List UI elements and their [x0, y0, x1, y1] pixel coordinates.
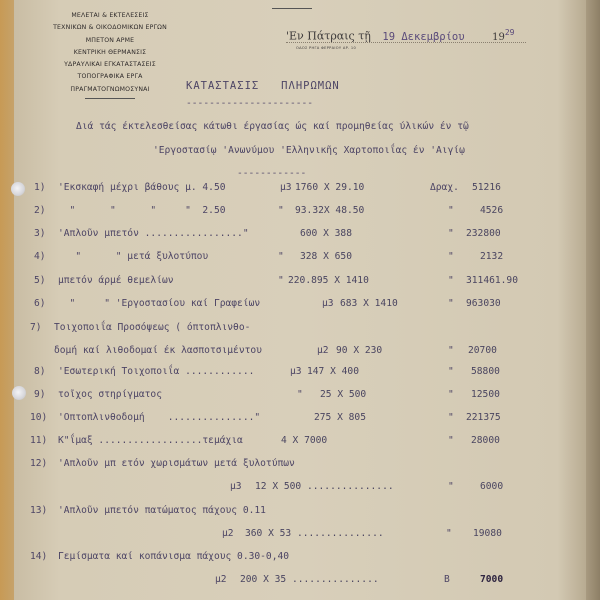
item-description: Τοιχοποιΐα Προσόψεως ( όπτοπλινθο-	[54, 322, 250, 333]
letterhead-line: ΜΕΛΕΤΑΙ & ΕΚΤΕΛΕΣΕΙΣ	[50, 10, 170, 22]
item-amount: 2132	[480, 251, 503, 262]
item-currency: Δραχ.	[430, 182, 459, 193]
dateline-prefix: 'Εν Πάτραις τῇ	[286, 30, 371, 43]
scan-background-left	[0, 0, 14, 600]
item-calculation: 275 X 805	[314, 412, 366, 423]
item-amount: 232800	[466, 228, 501, 239]
item-calculation: 12 X 500 ...............	[255, 481, 394, 492]
dateline-year-suffix: 29	[505, 28, 515, 37]
item-number: 1)	[34, 182, 46, 193]
item-number: 7)	[30, 322, 42, 333]
title-underline: ----------------------	[186, 98, 313, 109]
item-currency: "	[448, 251, 454, 262]
item-description: " " " " 2.50	[58, 205, 226, 216]
item-unit: μ3	[290, 366, 302, 377]
item-calculation: 25 X 500	[320, 389, 366, 400]
item-currency: "	[448, 481, 454, 492]
item-unit: "	[278, 275, 284, 286]
item-currency: "	[448, 412, 454, 423]
item-currency: "	[448, 228, 454, 239]
letterhead-line: ΥΔΡΑΥΛΙΚΑΙ ΕΓΚΑΤΑΣΤΑΣΕΙΣ	[50, 59, 170, 71]
item-amount: 311461.90	[466, 275, 518, 286]
dateline-underline	[286, 42, 526, 43]
item-number: 4)	[34, 251, 46, 262]
scan-background-right	[586, 0, 600, 600]
item-unit: μ3	[280, 182, 292, 193]
item-amount: 963030	[466, 298, 501, 309]
item-description: 'Απλοῦν μπετόν ................."	[58, 228, 249, 239]
item-number: 14)	[30, 551, 47, 562]
item-calculation: 683 X 1410	[340, 298, 398, 309]
item-number: 9)	[34, 389, 46, 400]
item-unit: μ3	[230, 481, 242, 492]
dateline-day-month: 19 Δεκεμβρίου	[382, 31, 464, 43]
item-number: 3)	[34, 228, 46, 239]
item-description: 'Απλοῦν μπετόν πατώματος πάχους 0.11	[58, 505, 266, 516]
item-number: 8)	[34, 366, 46, 377]
intro-line-1: Διά τάς έκτελεσθείσας κάτωθι έργασίας ώς…	[76, 121, 469, 132]
item-currency: "	[448, 205, 454, 216]
item-number: 5)	[34, 275, 46, 286]
item-description: 'Εσωτερική Τοιχοποιΐα ............	[58, 366, 254, 377]
item-calculation: 1760 X 29.10	[295, 182, 364, 193]
item-currency: "	[446, 528, 452, 539]
item-unit: "	[278, 251, 284, 262]
item-amount: 6000	[480, 481, 503, 492]
item-number: 2)	[34, 205, 46, 216]
item-unit: "	[278, 205, 284, 216]
item-description: " " 'Εργοστασίου καί Γραφείων	[58, 298, 260, 309]
dateline-year-prefix: 19	[492, 32, 505, 43]
item-number: 6)	[34, 298, 46, 309]
item-description: Γεμίσματα καί κοπάνισμα πάχους 0.30-0,40	[58, 551, 289, 562]
document-title: ΚΑΤΑΣΤΑΣΙΣ ΠΛΗΡΩΜΩΝ	[186, 80, 340, 92]
intro-line-2: 'Εργοστασίῳ 'Ανωνύμου 'Ελληνικῆς Χαρτοπο…	[153, 145, 465, 156]
item-currency: B	[444, 574, 450, 585]
item-amount: 58800	[471, 366, 500, 377]
item-description: Κ"ΐμαξ ..................τεμάχια	[58, 435, 243, 446]
letterhead-line: ΤΟΠΟΓΡΑΦΙΚΑ ΕΡΓΑ	[50, 71, 170, 83]
item-unit: μ2	[317, 345, 329, 356]
item-amount: 221375	[466, 412, 501, 423]
item-amount: 4526	[480, 205, 503, 216]
item-currency: "	[448, 275, 454, 286]
item-description: τοῖχος στηρίγματος	[58, 389, 162, 400]
item-unit: μ2	[222, 528, 234, 539]
item-calculation: 200 X 35 ...............	[240, 574, 379, 585]
letterhead-divider	[85, 98, 135, 99]
item-currency: "	[448, 298, 454, 309]
item-calculation: 328 X 650	[300, 251, 352, 262]
letterhead-line: ΜΠΕΤΟΝ ΑΡΜΕ	[50, 35, 170, 47]
item-description-continued: δομή καί λιθοδομαί έκ λασποτσιμέντου	[54, 345, 262, 356]
item-description: " " μετά ξυλοτύπου	[58, 251, 208, 262]
letterhead-line: ΠΡΑΓΜΑΤΟΓΝΩΜΟΣΥΝΑΙ	[50, 84, 170, 96]
item-amount: 19080	[473, 528, 502, 539]
top-ornament-rule	[272, 8, 312, 9]
item-number: 10)	[30, 412, 47, 423]
punch-hole-bottom	[12, 386, 26, 400]
item-number: 12)	[30, 458, 47, 469]
intro-divider: ------------	[237, 168, 306, 179]
address: ΟΔΟΣ ΡΗΓΑ ΦΕΡΡΑΙΟΥ ΑΡ. 10	[296, 46, 356, 50]
item-calculation: 4 X 7000	[281, 435, 327, 446]
item-unit: μ2	[215, 574, 227, 585]
item-currency: "	[448, 366, 454, 377]
item-currency: "	[448, 389, 454, 400]
letterhead-line: ΤΕΧΝΙΚΩΝ & ΟΙΚΟΔΟΜΙΚΩΝ ΕΡΓΩΝ	[50, 22, 170, 34]
dateline: 'Εν Πάτραις τῇ 19 Δεκεμβρίου 1929	[286, 28, 514, 43]
item-calculation: 93.32X 48.50	[295, 205, 364, 216]
item-calculation: 600 X 388	[300, 228, 352, 239]
item-currency: "	[448, 435, 454, 446]
item-calculation: 360 X 53 ...............	[245, 528, 384, 539]
item-description: 'Οπτοπλινθοδομή ..............."	[58, 412, 260, 423]
item-amount: 7000	[480, 574, 503, 585]
item-calculation: 220.895 X 1410	[288, 275, 369, 286]
item-amount: 28000	[471, 435, 500, 446]
item-description: 'Απλοῦν μπ ετόν χωρισμάτων μετά ξυλοτύπω…	[58, 458, 295, 469]
item-amount: 51216	[472, 182, 501, 193]
item-unit: μ3	[322, 298, 334, 309]
item-number: 11)	[30, 435, 47, 446]
item-number: 13)	[30, 505, 47, 516]
letterhead: ΜΕΛΕΤΑΙ & ΕΚΤΕΛΕΣΕΙΣ ΤΕΧΝΙΚΩΝ & ΟΙΚΟΔΟΜΙ…	[50, 10, 170, 99]
item-amount: 20700	[468, 345, 497, 356]
item-amount: 12500	[471, 389, 500, 400]
item-unit: "	[297, 389, 303, 400]
item-calculation: 90 X 230	[336, 345, 382, 356]
item-description: μπετόν άρμέ θεμελίων	[58, 275, 174, 286]
item-calculation: 147 X 400	[307, 366, 359, 377]
punch-hole-top	[11, 182, 25, 196]
item-currency: "	[448, 345, 454, 356]
letterhead-line: ΚΕΝΤΡΙΚΗ ΘΕΡΜΑΝΣΙΣ	[50, 47, 170, 59]
item-description: 'Εκσκαφή μέχρι βάθους μ. 4.50	[58, 182, 226, 193]
